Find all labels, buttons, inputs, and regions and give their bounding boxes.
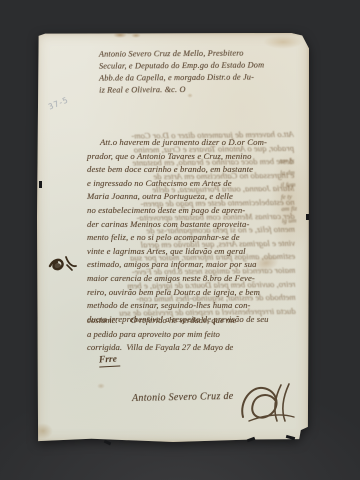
header-paragraph: Antonio Severo Cruz de Mello, Presbitero… xyxy=(99,47,289,96)
signature-line: Antonio Severo Cruz de xyxy=(132,380,302,426)
paper-stain xyxy=(227,463,237,469)
signoff-underline-mark: Frre xyxy=(99,354,121,367)
paper-stain xyxy=(33,423,53,439)
paper-stain xyxy=(113,32,127,38)
manuscript-line: prador, que o Antonio Tavares e Cruz, me… xyxy=(87,150,293,164)
rubric-flourish-icon xyxy=(236,380,298,426)
manuscript-paper: Att.o haverem de juramento dizer o D.or … xyxy=(37,33,309,442)
manuscript-line: Att.o haverem de juramento dizer o D.or … xyxy=(87,136,293,150)
paper-shadow: Att.o haverem de juramento dizer o D.or … xyxy=(0,0,360,480)
closing-paragraph: costume. O referido he verdade, que mea … xyxy=(87,314,293,355)
manuscript-line: estimado, amigos para informar, maior po… xyxy=(87,258,293,272)
signature-text: Antonio Severo Cruz de xyxy=(132,391,234,404)
manuscript-line: reiro, ouvirão bem pela Doutr.a de igrej… xyxy=(87,286,293,300)
body-paragraph: Att.o haverem de juramento dizer o D.or … xyxy=(87,136,293,326)
manuscript-line: Maria Joanna, outra Portugueza, e delle xyxy=(87,190,293,204)
manuscript-line: no estabelecimento deste em pago de apre… xyxy=(87,204,293,218)
manuscript-line: iz Real e Oliveira. &c. O xyxy=(99,83,289,96)
paper-stain xyxy=(131,33,141,38)
manuscript-line: methodo de ensinar, seguindo-lhes huma c… xyxy=(87,299,293,313)
photo-background: Att.o haverem de juramento dizer o D.or … xyxy=(0,0,360,480)
manuscript-line: maior carencia de amigos neste 8.bro de … xyxy=(87,272,293,286)
manuscript-line: costume. O referido he verdade, que me xyxy=(87,314,293,328)
manuscript-line: deste bem doce carinho e brando, em bast… xyxy=(87,163,293,177)
manuscript-line: corrigida. Villa de Fayala 27 de Mayo de xyxy=(87,341,293,355)
manuscript-line: e ingressado no Cathecismo em Artes de xyxy=(87,177,293,191)
manuscript-line: der carinas Meninos com bastante aprovei… xyxy=(87,218,293,232)
paper-stain xyxy=(97,383,105,389)
manuscript-line: a pedido para aproveito por mim feito xyxy=(87,328,293,342)
manuscript-line: vinte e lagrimas Artes, que lidavão em g… xyxy=(87,245,293,259)
ink-blot-mark xyxy=(46,251,78,277)
manuscript-line: mento feliz, e no si pelo acompanhar-se … xyxy=(87,231,293,245)
